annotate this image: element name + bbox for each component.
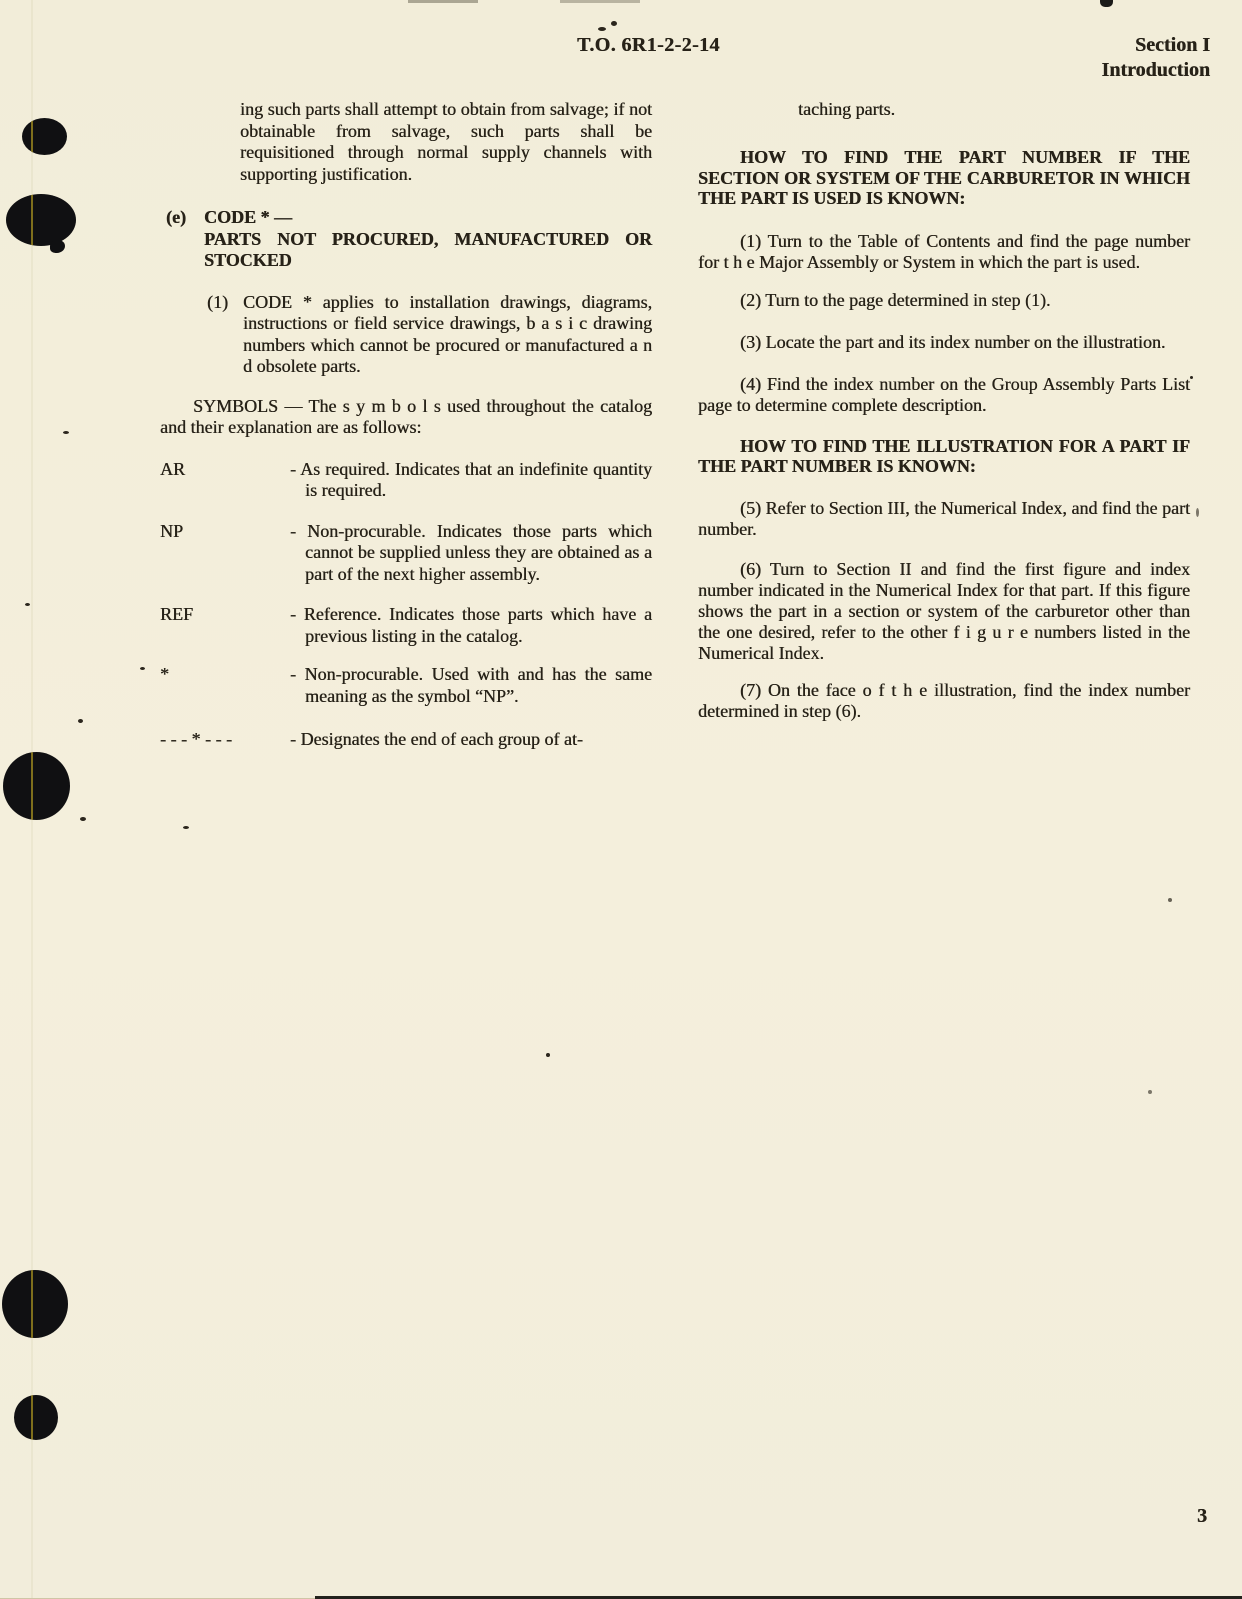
code-item-text: PARTS NOT PROCURED, MANUFACTURED OR STOC… xyxy=(204,229,652,272)
symbol-term: * xyxy=(160,664,290,707)
code-sub-item-1: (1) CODE * applies to installation drawi… xyxy=(160,292,652,378)
scan-smudge xyxy=(408,0,478,3)
symbol-term: NP xyxy=(160,521,290,586)
left-column: ing such parts shall attempt to obtain f… xyxy=(160,99,652,751)
scan-speck xyxy=(63,431,69,434)
code-item-body: CODE * — PARTS NOT PROCURED, MANUFACTURE… xyxy=(204,207,652,272)
punch-hole-mark xyxy=(6,194,76,246)
symbol-definition: - Non-procurable. Indicates those parts … xyxy=(290,521,652,586)
symbol-term: - - - * - - - xyxy=(160,729,290,751)
scan-speck xyxy=(25,603,30,606)
scan-speck xyxy=(1168,898,1172,902)
page-number: 3 xyxy=(1197,1505,1207,1528)
symbol-definition: - Reference. Indicates those parts which… xyxy=(290,604,652,647)
header-section-block: Section I Introduction xyxy=(1101,33,1210,83)
continuation-paragraph-right: taching parts. xyxy=(798,99,1190,120)
symbol-definition: - Non-procurable. Used with and has the … xyxy=(290,664,652,707)
code-item-label: (e) xyxy=(160,207,204,272)
step-paragraph-7: (7) On the face o f t h e illustration, … xyxy=(698,680,1190,722)
symbol-row-ref: REF - Reference. Indicates those parts w… xyxy=(160,604,652,647)
scan-speck xyxy=(183,826,189,829)
scan-speck xyxy=(80,817,86,821)
section-label: Section I xyxy=(1101,33,1210,58)
punch-hole-mark xyxy=(22,118,67,155)
step-paragraph-4: (4) Find the index number on the Group A… xyxy=(698,374,1190,416)
step-paragraph-5: (5) Refer to Section III, the Numerical … xyxy=(698,498,1190,540)
step-paragraph-6: (6) Turn to Section II and find the firs… xyxy=(698,559,1190,664)
scan-speck xyxy=(1148,1090,1152,1094)
scan-speck xyxy=(78,719,83,723)
punch-hole-mark xyxy=(14,1395,58,1440)
scan-speck xyxy=(598,27,606,31)
scan-edge-mark xyxy=(1100,0,1113,7)
symbol-definition: - As required. Indicates that an indefin… xyxy=(290,459,652,502)
symbols-intro-paragraph: SYMBOLS — The s y m b o l s used through… xyxy=(160,396,652,439)
punch-hole-mark xyxy=(3,752,70,820)
step-paragraph-3: (3) Locate the part and its index number… xyxy=(698,332,1190,353)
scan-smudge xyxy=(560,0,640,3)
technical-order-number: T.O. 6R1-2-2-14 xyxy=(577,34,720,57)
scan-speck xyxy=(140,667,145,670)
code-item-title: CODE * — xyxy=(204,207,652,229)
punch-hole-mark xyxy=(2,1270,68,1338)
punch-hole-mark-tail xyxy=(50,240,65,253)
continuation-paragraph-left: ing such parts shall attempt to obtain f… xyxy=(240,99,652,185)
code-item-e: (e) CODE * — PARTS NOT PROCURED, MANUFAC… xyxy=(160,207,652,272)
symbol-term: REF xyxy=(160,604,290,647)
symbol-row-np: NP - Non-procurable. Indicates those par… xyxy=(160,521,652,586)
code-sub-item-label: (1) xyxy=(207,292,243,378)
scan-speck xyxy=(1196,508,1199,517)
heading-find-part-number: HOW TO FIND THE PART NUMBER IF THE SECTI… xyxy=(698,147,1190,209)
symbol-row-dashes: - - - * - - - - Designates the end of ea… xyxy=(160,729,652,751)
symbol-row-ar: AR - As required. Indicates that an inde… xyxy=(160,459,652,502)
step-paragraph-2: (2) Turn to the page determined in step … xyxy=(698,290,1190,311)
section-subtitle: Introduction xyxy=(1101,58,1210,83)
symbol-row-asterisk: * - Non-procurable. Used with and has th… xyxy=(160,664,652,707)
right-column: taching parts. HOW TO FIND THE PART NUMB… xyxy=(698,99,1190,722)
symbol-term: AR xyxy=(160,459,290,502)
scanned-document-page: T.O. 6R1-2-2-14 Section I Introduction i… xyxy=(0,0,1242,1599)
scan-speck xyxy=(546,1053,550,1057)
symbol-definition: - Designates the end of each group of at… xyxy=(290,729,652,751)
heading-find-illustration: HOW TO FIND THE ILLUSTRATION FOR A PART … xyxy=(698,436,1190,477)
scan-speck xyxy=(1190,376,1193,379)
code-sub-item-text: CODE * applies to installation drawings,… xyxy=(243,292,652,378)
step-paragraph-1: (1) Turn to the Table of Contents and fi… xyxy=(698,231,1190,273)
scan-speck xyxy=(611,21,617,26)
